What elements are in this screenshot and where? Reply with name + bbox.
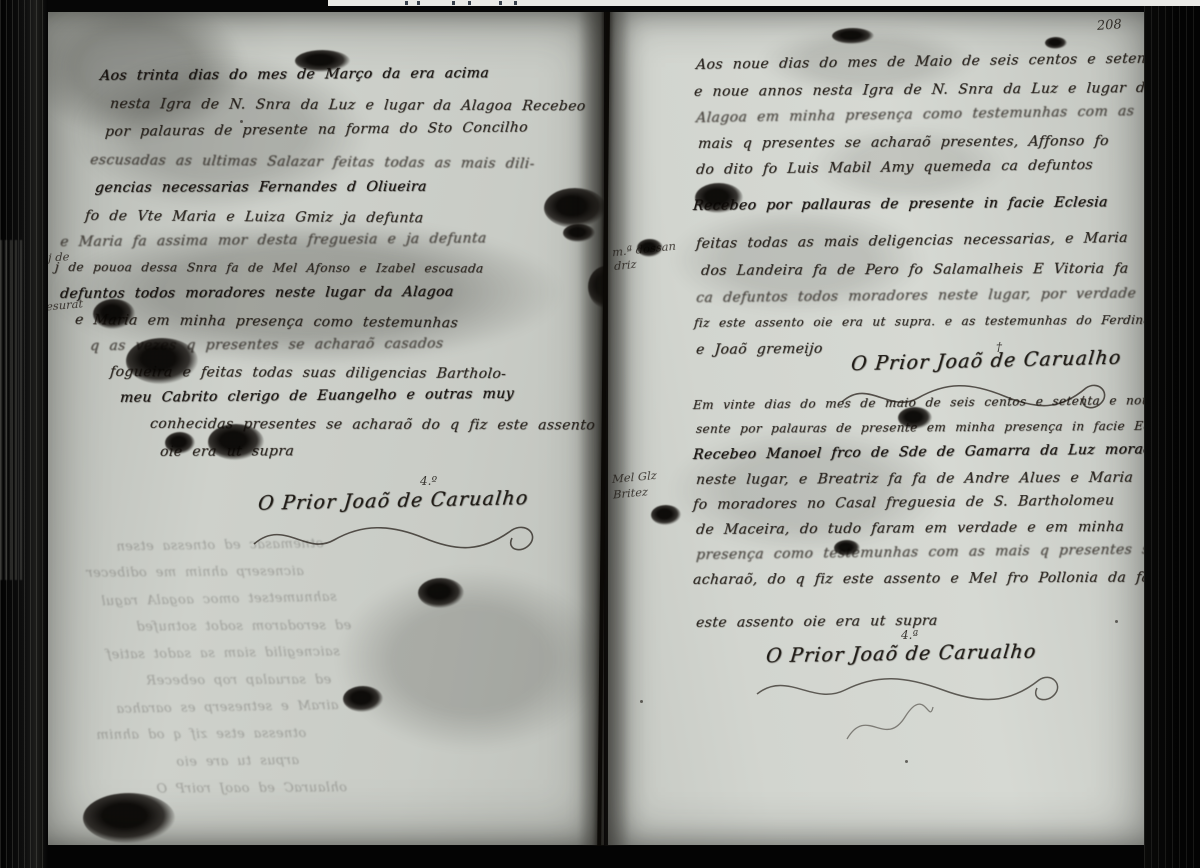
manuscript-line: de Maceira, do tudo faram em verdade e e… <box>695 519 1124 538</box>
ink-blot <box>898 407 932 429</box>
ink-blot <box>637 239 663 257</box>
manuscript-line: fo de Vte Maria e Luiza Gmiz ja defunta <box>84 208 424 226</box>
bleedthrough-line: airaM e setneserp es oarahca <box>116 698 339 717</box>
dust-speck <box>640 700 643 703</box>
manuscript-line: j de pouoa dessa Snra fa de Mel Afonso e… <box>54 260 484 275</box>
bleedthrough-line: aicneserp ahnim me odibecer <box>86 564 304 581</box>
manuscript-line: meu Cabrito clerigo de Euangelho e outra… <box>119 386 514 406</box>
pen-squiggle <box>841 695 937 751</box>
margin-note: j de <box>48 249 70 264</box>
bleedthrough-line: sahnumetset omoc aogalA ragul <box>101 590 337 610</box>
film-strip-mark <box>514 1 517 5</box>
left-page: Aos trinta dias do mes de Março da era a… <box>46 12 604 845</box>
ink-blot <box>834 540 860 556</box>
book-right-edge <box>1144 0 1200 868</box>
cross-mark: 4.º <box>420 474 437 488</box>
manuscript-line: gencias necessarias Fernandes d Oliueira <box>94 179 427 196</box>
cross-mark: 4.ª <box>901 628 918 642</box>
manuscript-line: do dito fo Luis Mabil Amy quemeda ca def… <box>695 157 1093 178</box>
film-frame: Aos trinta dias do mes de Março da era a… <box>0 0 1200 868</box>
dust-speck <box>240 120 243 123</box>
manuscript-line: Recebeo por pallauras de presente in fac… <box>692 194 1108 214</box>
ink-blot <box>418 578 464 608</box>
ink-blot <box>1045 37 1067 49</box>
bleedthrough-line: saicnegilid siam sa sadot satief <box>106 644 340 662</box>
manuscript-line: Alagoa em minha presença como testemunha… <box>695 103 1134 126</box>
signature-flourish <box>250 514 550 560</box>
film-strip-mark <box>405 1 408 5</box>
right-page: 208 Aos noue dias do mes de Maio de seis… <box>608 10 1144 845</box>
film-strip-mark <box>452 1 455 5</box>
manuscript-line: mais q presentes se acharaõ presentes, A… <box>697 133 1109 152</box>
ink-blot <box>832 28 874 44</box>
ink-blot <box>343 686 383 712</box>
dust-speck <box>1115 620 1118 623</box>
manuscript-line: dos Landeira fa de Pero fo Salamalheis E… <box>700 261 1129 279</box>
manuscript-line: e Joaõ gremeijo <box>695 341 823 358</box>
folio-number: 208 <box>1097 17 1123 34</box>
ink-blot <box>208 424 264 460</box>
stain <box>336 567 604 752</box>
bleedthrough-line: ed sarualap rop oebeceR <box>146 673 331 689</box>
frame-bottom-band <box>0 846 1200 868</box>
manuscript-line: fiz este assento oie era ut supra. e as … <box>693 313 1144 330</box>
bleedthrough-line: arpus tu are eio <box>176 753 299 770</box>
signature: O Prior Joaõ de Carualho <box>257 487 530 515</box>
ink-blot <box>295 50 350 72</box>
page-edges-texture <box>0 240 22 580</box>
dust-speck <box>905 760 908 763</box>
bleedthrough-line: ed serodarom sodot sotnufed <box>136 618 351 635</box>
manuscript-line: Aos trinta dias do mes de Março da era a… <box>99 65 489 84</box>
bleedthrough-line: otnessa etse zif q od ahnim <box>96 726 306 743</box>
ink-blot <box>695 183 743 213</box>
signature: O Prior Joaõ de Carualho <box>765 641 1038 668</box>
manuscript-line: por palauras de presente na forma do Sto… <box>104 120 528 140</box>
film-strip-mark <box>417 1 420 5</box>
manuscript-line: e noue annos nesta Igra de N. Snra da Lu… <box>693 80 1144 100</box>
ink-blot <box>83 793 175 843</box>
film-strip-mark <box>499 1 502 5</box>
ink-blot <box>651 505 681 525</box>
signature: O Prior Joaõ de Carualho <box>850 347 1123 376</box>
ink-blot <box>165 432 195 454</box>
manuscript-line: acharaõ, do q fiz este assento e Mel fro… <box>692 569 1144 588</box>
manuscript-line: fo moradores no Casal freguesia de S. Ba… <box>692 493 1114 513</box>
manuscript-line: nesta Igra de N. Snra da Luz e lugar da … <box>109 96 586 114</box>
ink-blot <box>93 299 135 329</box>
film-top-strip <box>328 0 1200 6</box>
film-strip-mark <box>468 1 471 5</box>
ink-blot <box>126 338 198 384</box>
manuscript-line: neste lugar, e Breatriz fa fa de Andre A… <box>695 470 1133 488</box>
bleedthrough-line: ohlauraC ed oaoJ roirP O <box>156 780 347 796</box>
manuscript-line: ca defuntos todos moradores neste lugar,… <box>695 285 1136 306</box>
